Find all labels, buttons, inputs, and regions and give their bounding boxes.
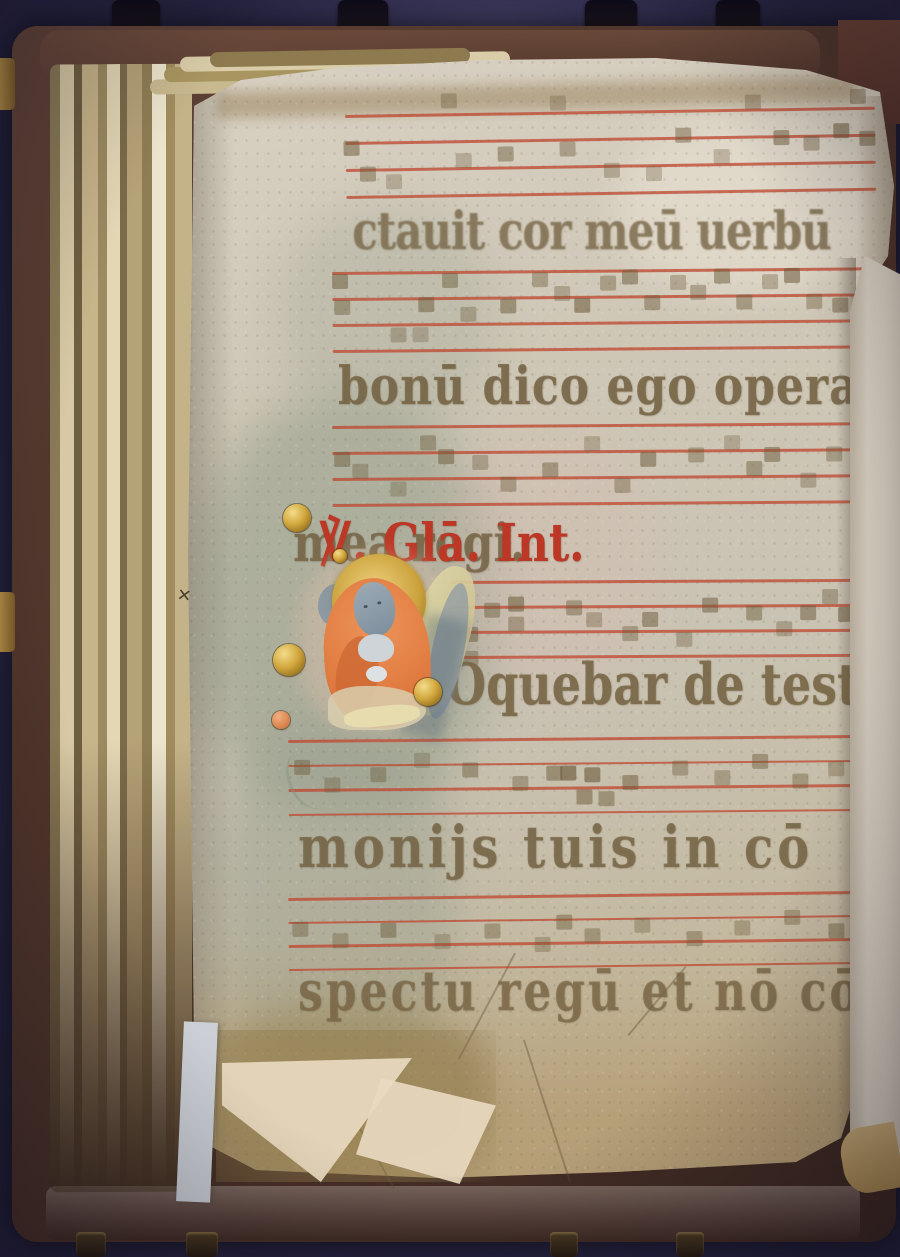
neume bbox=[800, 605, 816, 620]
neume bbox=[370, 767, 386, 782]
gold-bezant bbox=[273, 644, 305, 676]
neume bbox=[534, 937, 550, 952]
neume bbox=[776, 621, 792, 636]
page-edge-strip bbox=[152, 64, 166, 1192]
neume bbox=[343, 141, 359, 156]
neume bbox=[752, 754, 768, 769]
book-foot bbox=[676, 1232, 704, 1257]
book-foot bbox=[186, 1232, 218, 1257]
neume bbox=[584, 928, 600, 943]
neume bbox=[576, 789, 592, 804]
neume bbox=[560, 765, 576, 780]
neume bbox=[690, 285, 706, 300]
neume bbox=[386, 174, 402, 189]
staff-line bbox=[332, 293, 880, 300]
neume bbox=[434, 934, 450, 949]
page-edge-strip bbox=[142, 64, 152, 1192]
eye-mark bbox=[363, 605, 367, 608]
neume bbox=[456, 153, 472, 168]
neume bbox=[390, 327, 406, 342]
page-edge-strip bbox=[50, 64, 60, 1192]
neume bbox=[644, 295, 660, 310]
neume bbox=[390, 481, 406, 496]
neume bbox=[859, 131, 875, 146]
neume bbox=[746, 461, 762, 476]
staff-3 bbox=[332, 422, 883, 512]
neume bbox=[412, 327, 428, 342]
staff-line bbox=[333, 500, 883, 506]
neume bbox=[360, 167, 376, 182]
margin-mark: ✕ bbox=[176, 585, 193, 607]
neume bbox=[566, 600, 582, 615]
book-foot bbox=[76, 1232, 106, 1257]
neume bbox=[334, 300, 350, 315]
chant-text-line-2: bonū dico ego opera bbox=[338, 356, 859, 417]
neume bbox=[292, 922, 308, 937]
neume bbox=[332, 274, 348, 289]
book-foot bbox=[550, 1232, 578, 1257]
neume bbox=[584, 436, 600, 451]
neume bbox=[833, 123, 849, 138]
neume bbox=[792, 773, 808, 788]
neume bbox=[508, 597, 524, 612]
gold-bezant bbox=[283, 504, 311, 532]
neume bbox=[850, 89, 866, 104]
neume bbox=[604, 163, 620, 178]
neume bbox=[418, 297, 434, 312]
staff-line bbox=[346, 188, 876, 199]
neume bbox=[472, 455, 488, 470]
neume bbox=[724, 435, 740, 450]
staff-line bbox=[345, 134, 875, 145]
staff-1 bbox=[345, 107, 876, 204]
staff-line bbox=[333, 345, 881, 352]
neume bbox=[332, 933, 348, 948]
neume bbox=[746, 605, 762, 620]
neume bbox=[556, 915, 572, 930]
chant-text-line-4: Oquebar de testi bbox=[446, 650, 876, 718]
neume bbox=[803, 136, 819, 151]
staff-line bbox=[288, 759, 874, 767]
neume bbox=[584, 767, 600, 782]
neume bbox=[352, 464, 368, 479]
neume bbox=[500, 477, 516, 492]
page-stack-fore-edge bbox=[50, 64, 192, 1193]
neume bbox=[574, 298, 590, 313]
chant-text-line-1: ctauit cor meū uerbū bbox=[352, 200, 831, 261]
neume bbox=[686, 931, 702, 946]
neume bbox=[688, 447, 704, 462]
facing-page-edge bbox=[850, 256, 900, 1170]
neume bbox=[764, 447, 780, 462]
neume bbox=[380, 923, 396, 938]
neume bbox=[714, 770, 730, 785]
neume bbox=[420, 435, 436, 450]
orange-dot bbox=[272, 711, 290, 729]
neume bbox=[702, 598, 718, 613]
page-edge-strip bbox=[74, 64, 82, 1192]
neume bbox=[675, 128, 691, 143]
neume bbox=[542, 462, 558, 477]
neume bbox=[670, 275, 686, 290]
neume bbox=[762, 274, 778, 289]
neume bbox=[508, 617, 524, 632]
neume bbox=[676, 632, 692, 647]
neume bbox=[745, 94, 761, 109]
page-edge-strip bbox=[98, 64, 107, 1192]
neume bbox=[484, 923, 500, 938]
clasp-remnant bbox=[0, 592, 15, 652]
neume bbox=[784, 268, 800, 283]
neume bbox=[773, 130, 789, 145]
saint-hand bbox=[366, 666, 387, 682]
neume bbox=[460, 307, 476, 322]
gold-bezant bbox=[414, 678, 442, 706]
neume bbox=[532, 272, 548, 287]
neume bbox=[462, 762, 478, 777]
neume bbox=[646, 166, 662, 181]
neume bbox=[442, 273, 458, 288]
neume bbox=[714, 149, 730, 164]
neume bbox=[414, 753, 430, 768]
neume bbox=[498, 146, 514, 161]
manuscript-photo: ctauit cor meū uerbū bonū dico ego opera… bbox=[0, 0, 900, 1257]
neume bbox=[550, 96, 566, 111]
neume bbox=[600, 276, 616, 291]
gold-bezant bbox=[333, 549, 347, 563]
neume bbox=[736, 294, 752, 309]
neume bbox=[622, 269, 638, 284]
neume bbox=[334, 452, 350, 467]
neume bbox=[622, 775, 638, 790]
clasp-remnant bbox=[0, 58, 15, 110]
neume bbox=[512, 776, 528, 791]
staff-5 bbox=[288, 735, 875, 822]
neume bbox=[640, 452, 656, 467]
neume bbox=[484, 603, 500, 618]
neume bbox=[634, 918, 650, 933]
neume bbox=[800, 473, 816, 488]
neume bbox=[806, 294, 822, 309]
neume bbox=[622, 626, 638, 641]
neume bbox=[586, 612, 602, 627]
page-edge-strip bbox=[60, 64, 74, 1192]
page-edge-strip bbox=[82, 64, 98, 1192]
chant-text-line-6: spectu regū et nō cō bbox=[298, 960, 862, 1024]
chant-text-line-5: monijs tuis in cō bbox=[298, 814, 813, 881]
neume bbox=[500, 298, 516, 313]
neume bbox=[438, 449, 454, 464]
neume bbox=[714, 269, 730, 284]
neume bbox=[734, 920, 750, 935]
page-edge-strip bbox=[107, 64, 120, 1192]
neume bbox=[554, 286, 570, 301]
neume bbox=[672, 761, 688, 776]
neume bbox=[441, 93, 457, 108]
saint-chest bbox=[358, 634, 394, 662]
page-edge-strip bbox=[127, 64, 142, 1192]
neume bbox=[598, 791, 614, 806]
staff-line bbox=[332, 319, 880, 326]
cover-bottom-edge bbox=[46, 1186, 860, 1240]
illuminated-initial bbox=[294, 538, 470, 744]
neume bbox=[784, 910, 800, 925]
neume bbox=[614, 478, 630, 493]
page-edge-strip bbox=[166, 64, 175, 1192]
neume bbox=[642, 612, 658, 627]
page-edge-strip bbox=[120, 64, 127, 1192]
eye-mark bbox=[377, 601, 381, 604]
neume bbox=[559, 141, 575, 156]
staff-2 bbox=[332, 267, 881, 358]
staff-line bbox=[332, 448, 882, 454]
